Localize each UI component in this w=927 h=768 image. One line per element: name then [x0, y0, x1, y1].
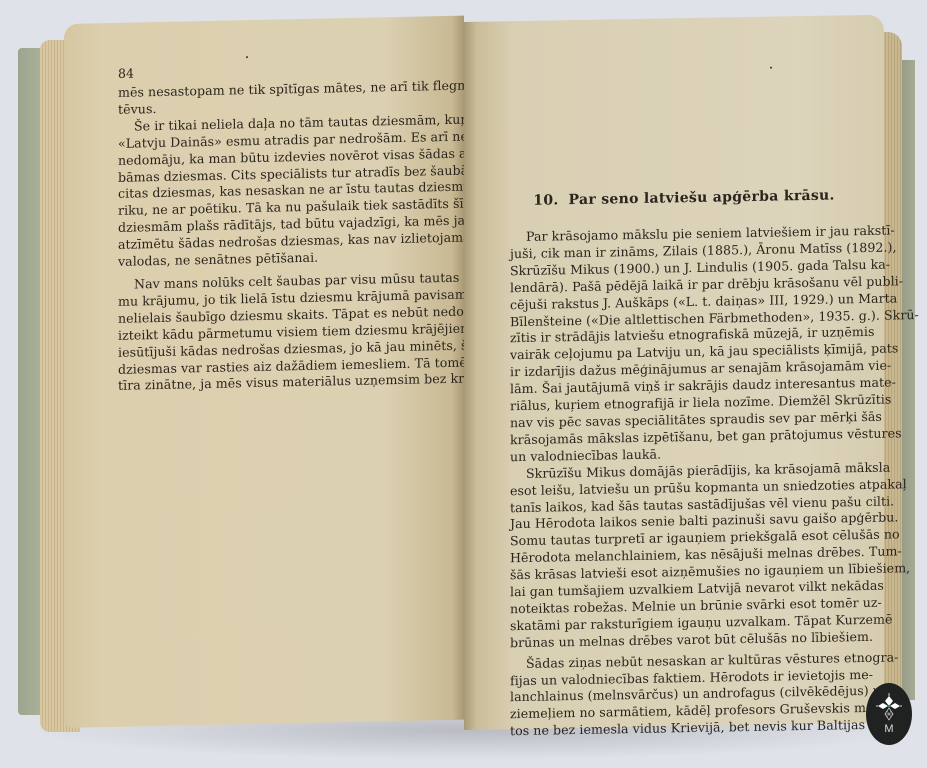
folk-ornament-logo-icon: M — [874, 691, 904, 737]
right-page: 10.Par seno latviešu apģērba krāsu. Par … — [464, 15, 884, 730]
left-page: 84 mēs nesastopam ne tik spītīgas mātes,… — [64, 16, 464, 728]
chapter-number: 10. — [533, 192, 558, 208]
chapter-heading: 10.Par seno latviešu apģērba krāsu. — [524, 187, 844, 209]
watermark-logo: M — [866, 683, 912, 745]
left-page-body: mēs nesastopam ne tik spītīgas mātes, ne… — [118, 78, 458, 395]
page-number: 84 — [118, 66, 134, 81]
right-page-body: Par krāsojamo mākslu pie seniem latvieši… — [510, 223, 850, 740]
chapter-title: Par seno latviešu apģērba krāsu. — [569, 188, 835, 209]
svg-text:M: M — [884, 723, 893, 735]
paper-speck — [246, 56, 248, 58]
paper-speck — [770, 67, 772, 69]
